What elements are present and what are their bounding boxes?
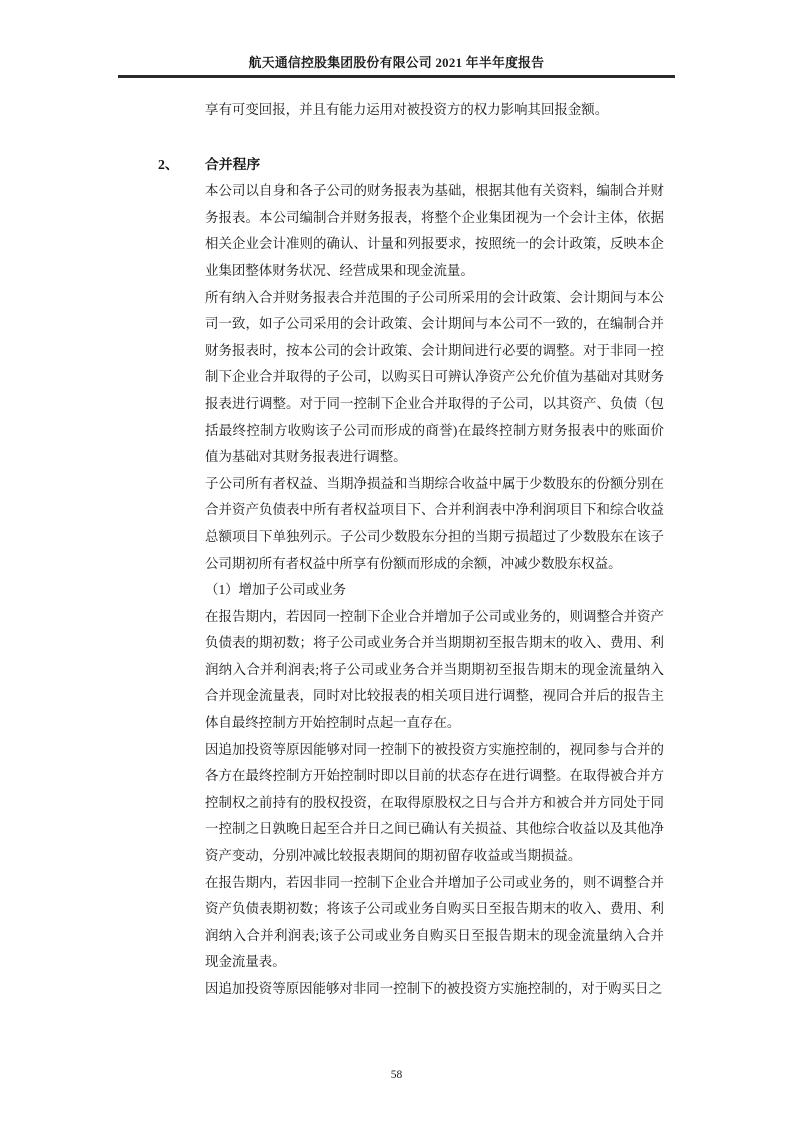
paragraph-intro: 享有可变回报，并且有能力运用对被投资方的权力影响其回报金额。 [205, 97, 664, 124]
paragraph-minority-interest: 子公司所有者权益、当期净损益和当期综合收益中属于少数股东的份额分别在合并资产负债… [205, 471, 664, 577]
page-number: 58 [391, 1069, 403, 1081]
page-header-title: 航天通信控股集团股份有限公司 2021 年半年度报告 [0, 52, 793, 71]
paragraph-same-control-investment: 因追加投资等原因能够对同一控制下的被投资方实施控制的，视同参与合并的各方在最终控… [205, 737, 664, 870]
page-footer: 58 [0, 1069, 793, 1081]
document-body: 享有可变回报，并且有能力运用对被投资方的权力影响其回报金额。 2、 合并程序 本… [205, 97, 664, 1003]
paragraph-same-control-addition: 在报告期内，若因同一控制下企业合并增加子公司或业务的，则调整合并资产负债表的期初… [205, 604, 664, 737]
section-title: 合并程序 [205, 157, 260, 172]
paragraph-non-same-control-addition: 在报告期内，若因非同一控制下企业合并增加子公司或业务的，则不调整合并资产负债表期… [205, 870, 664, 976]
header-rule [118, 75, 675, 78]
subheading-add-subsidiary: （1）增加子公司或业务 [205, 577, 664, 604]
section-number: 2、 [158, 152, 179, 179]
paragraph-consolidation-basis: 本公司以自身和各子公司的财务报表为基础，根据其他有关资料，编制合并财务报表。本公… [205, 178, 664, 284]
paragraph-accounting-policy-alignment: 所有纳入合并财务报表合并范围的子公司所采用的会计政策、会计期间与本公司一致，如子… [205, 285, 664, 471]
report-page: 航天通信控股集团股份有限公司 2021 年半年度报告 享有可变回报，并且有能力运… [0, 0, 793, 1122]
paragraph-non-same-control-investment: 因追加投资等原因能够对非同一控制下的被投资方实施控制的，对于购买日之 [205, 976, 664, 1003]
section-heading: 2、 合并程序 [205, 152, 664, 179]
